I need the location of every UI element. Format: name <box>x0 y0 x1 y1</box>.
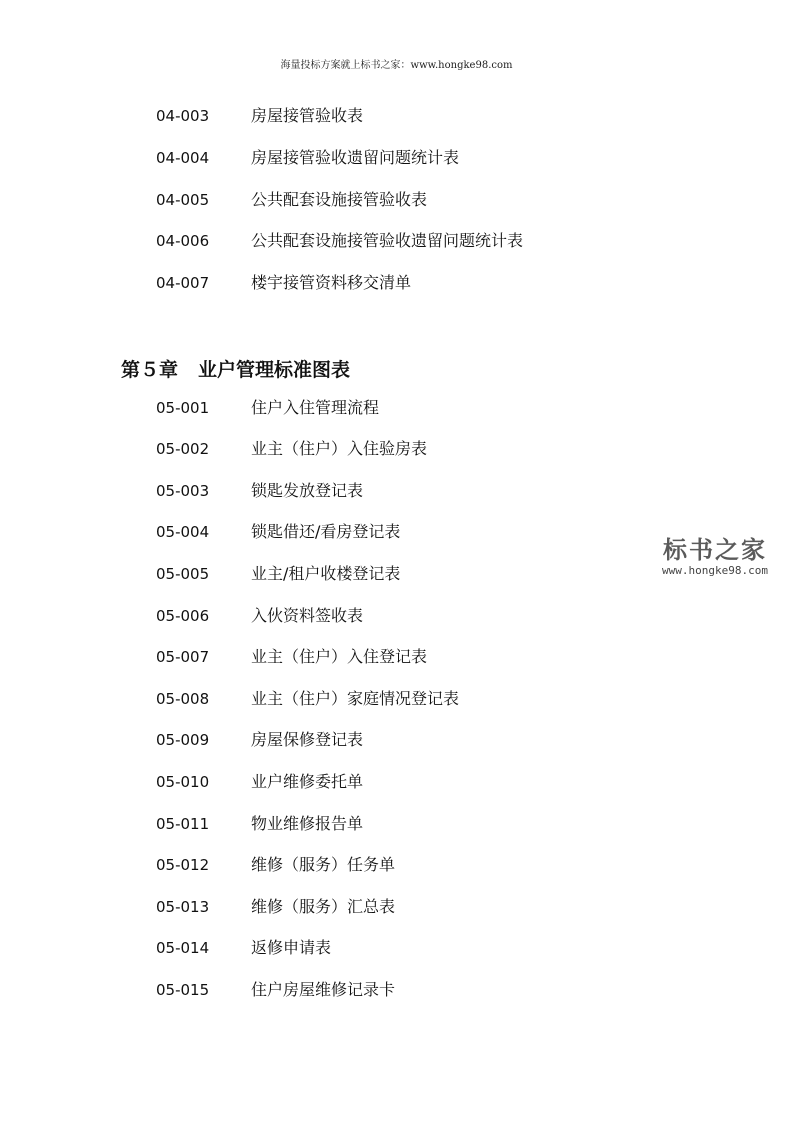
chapter-title: 业户管理标准图表 <box>198 359 350 381</box>
list-item: 05-002业主（住户）入住验房表 <box>156 438 427 460</box>
list-item: 05-007业主（住户）入住登记表 <box>156 646 427 668</box>
item-title: 业主（住户）入住登记表 <box>251 646 427 668</box>
list-item: 05-010业户维修委托单 <box>156 771 363 793</box>
list-item: 05-006入伙资料签收表 <box>156 605 363 627</box>
item-title: 住户入住管理流程 <box>251 397 379 419</box>
list-item: 04-005公共配套设施接管验收表 <box>156 189 427 211</box>
item-title: 楼宇接管资料移交清单 <box>251 272 411 294</box>
item-code: 05-010 <box>156 771 251 793</box>
item-title: 房屋接管验收遗留问题统计表 <box>251 147 459 169</box>
watermark: 标书之家 www.hongke98.com <box>640 536 790 578</box>
item-title: 公共配套设施接管验收表 <box>251 189 427 211</box>
list-item: 05-009房屋保修登记表 <box>156 729 363 751</box>
item-code: 04-005 <box>156 189 251 211</box>
item-title: 业主（住户）入住验房表 <box>251 438 427 460</box>
page-header: 海量投标方案就上标书之家：www.hongke98.com <box>0 56 793 71</box>
item-code: 05-013 <box>156 896 251 918</box>
item-code: 05-007 <box>156 646 251 668</box>
list-item: 04-006公共配套设施接管验收遗留问题统计表 <box>156 230 523 252</box>
list-item: 05-005业主/租户收楼登记表 <box>156 563 400 585</box>
item-code: 05-011 <box>156 813 251 835</box>
item-code: 05-003 <box>156 480 251 502</box>
item-code: 05-012 <box>156 854 251 876</box>
item-title: 维修（服务）任务单 <box>251 854 395 876</box>
list-item: 05-011物业维修报告单 <box>156 813 363 835</box>
item-title: 业主（住户）家庭情况登记表 <box>251 688 459 710</box>
item-code: 05-004 <box>156 521 251 543</box>
item-title: 入伙资料签收表 <box>251 605 363 627</box>
item-code: 04-006 <box>156 230 251 252</box>
list-item: 05-001住户入住管理流程 <box>156 397 379 419</box>
item-code: 05-001 <box>156 397 251 419</box>
item-code: 05-002 <box>156 438 251 460</box>
list-item: 05-008业主（住户）家庭情况登记表 <box>156 688 459 710</box>
item-title: 房屋保修登记表 <box>251 729 363 751</box>
item-title: 房屋接管验收表 <box>251 105 363 127</box>
list-item: 05-012维修（服务）任务单 <box>156 854 395 876</box>
item-code: 05-009 <box>156 729 251 751</box>
item-code: 04-007 <box>156 272 251 294</box>
item-title: 住户房屋维修记录卡 <box>251 979 395 1001</box>
chapter-number: 第５章 <box>121 359 178 381</box>
item-code: 05-015 <box>156 979 251 1001</box>
item-title: 公共配套设施接管验收遗留问题统计表 <box>251 230 523 252</box>
item-code: 05-006 <box>156 605 251 627</box>
list-item: 05-003锁匙发放登记表 <box>156 480 363 502</box>
item-code: 05-005 <box>156 563 251 585</box>
item-title: 返修申请表 <box>251 937 331 959</box>
list-item: 05-004锁匙借还/看房登记表 <box>156 521 400 543</box>
list-item: 04-007楼宇接管资料移交清单 <box>156 272 411 294</box>
list-item: 05-013维修（服务）汇总表 <box>156 896 395 918</box>
list-item: 05-015住户房屋维修记录卡 <box>156 979 395 1001</box>
item-code: 05-014 <box>156 937 251 959</box>
watermark-name: 标书之家 <box>640 536 790 564</box>
item-code: 05-008 <box>156 688 251 710</box>
item-title: 锁匙发放登记表 <box>251 480 363 502</box>
watermark-url: www.hongke98.com <box>640 564 790 578</box>
item-title: 物业维修报告单 <box>251 813 363 835</box>
list-item: 05-014返修申请表 <box>156 937 331 959</box>
item-title: 业主/租户收楼登记表 <box>251 563 400 585</box>
list-item: 04-003房屋接管验收表 <box>156 105 363 127</box>
item-code: 04-004 <box>156 147 251 169</box>
item-title: 业户维修委托单 <box>251 771 363 793</box>
item-title: 锁匙借还/看房登记表 <box>251 521 400 543</box>
item-title: 维修（服务）汇总表 <box>251 896 395 918</box>
item-code: 04-003 <box>156 105 251 127</box>
chapter-heading: 第５章业户管理标准图表 <box>121 355 350 382</box>
list-item: 04-004房屋接管验收遗留问题统计表 <box>156 147 459 169</box>
